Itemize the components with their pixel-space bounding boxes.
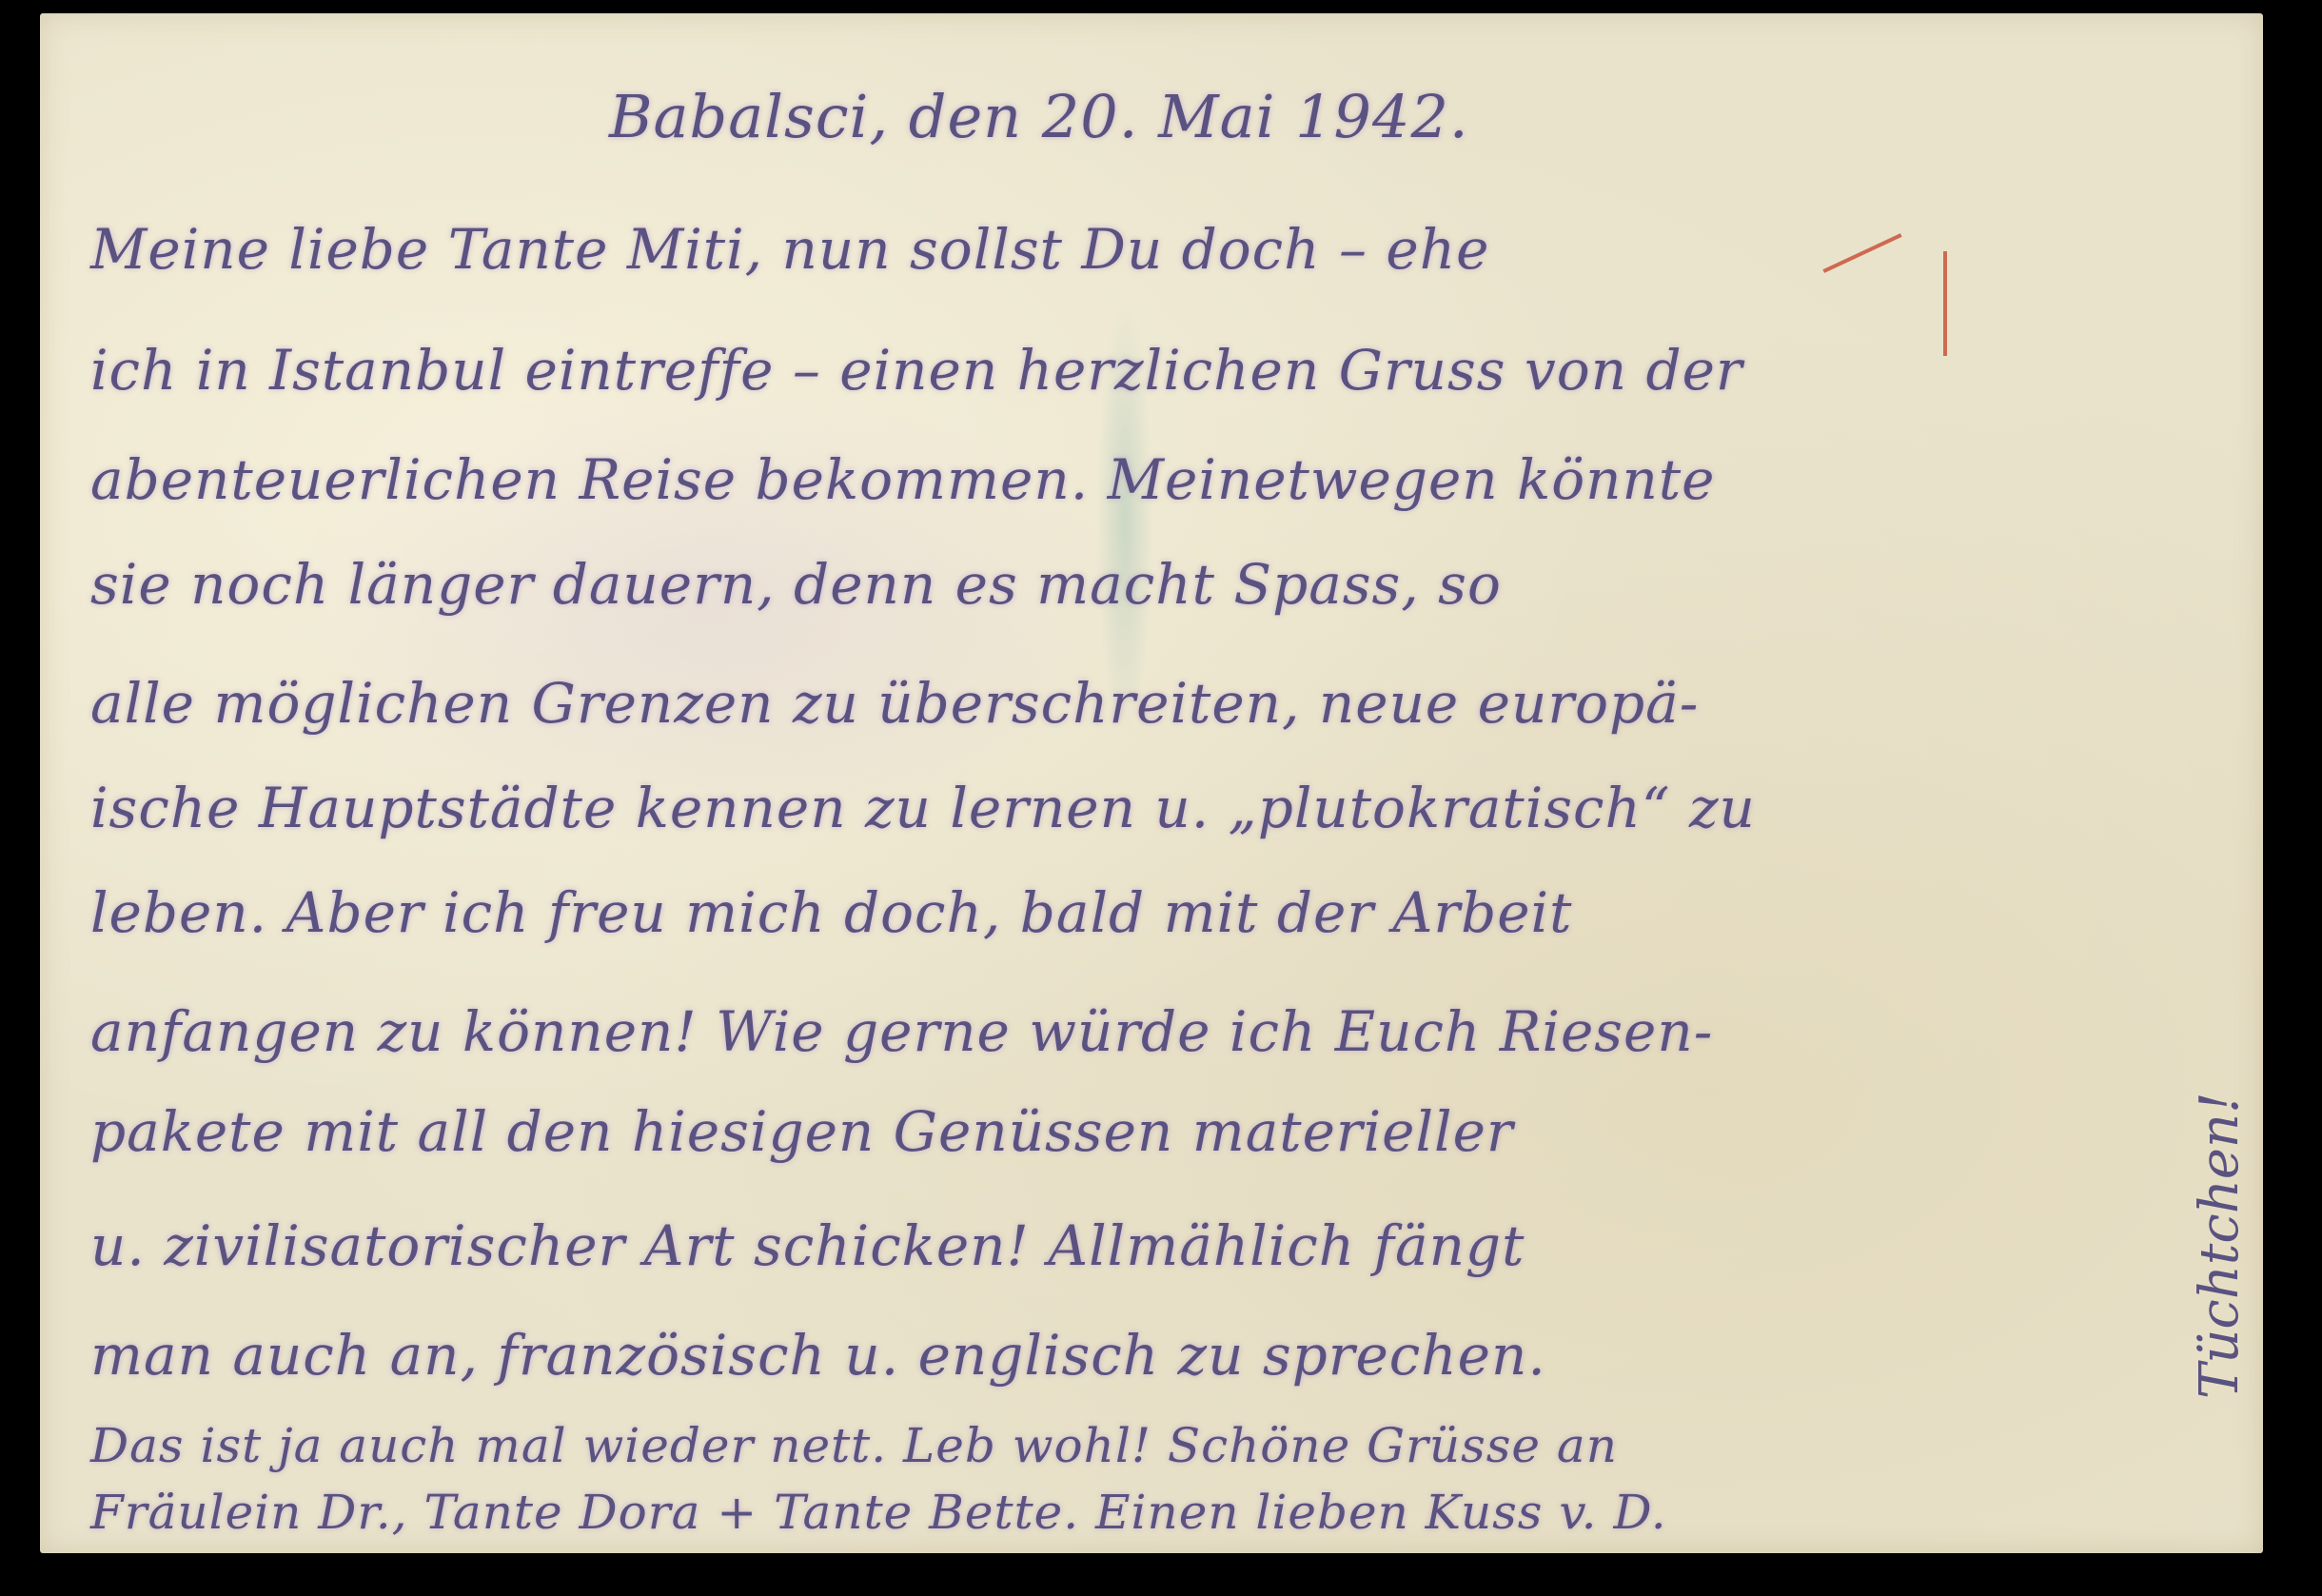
margin-signature: Tüchtchen!	[2189, 1093, 2251, 1400]
letter-line: Meine liebe Tante Miti, nun sollst Du do…	[90, 217, 1489, 282]
letter-line: leben. Aber ich freu mich doch, bald mit…	[90, 880, 1572, 945]
letter-line: alle möglichen Grenzen zu überschreiten,…	[90, 671, 1699, 736]
letter-line: Das ist ja auch mal wieder nett. Leb woh…	[90, 1418, 1618, 1473]
letter-line: abenteuerlichen Reise bekommen. Meinetwe…	[90, 447, 1715, 512]
letter-line: u. zivilisatorischer Art schicken! Allmä…	[90, 1213, 1525, 1278]
letter-line: man auch an, französisch u. englisch zu …	[90, 1323, 1546, 1388]
red-stamp-mark	[1943, 251, 1947, 356]
letter-line: pakete mit all den hiesigen Genüssen mat…	[90, 1099, 1514, 1164]
place-date-heading: Babalsci, den 20. Mai 1942.	[609, 82, 1469, 151]
letter-line: sie noch länger dauern, denn es macht Sp…	[90, 552, 1502, 617]
red-stamp-mark	[1822, 233, 1901, 273]
letter-line: Fräulein Dr., Tante Dora + Tante Bette. …	[90, 1485, 1667, 1540]
letter-line: anfangen zu können! Wie gerne würde ich …	[90, 999, 1713, 1064]
letter-line: ische Hauptstädte kennen zu lernen u. „p…	[90, 776, 1756, 840]
letter-line: ich in Istanbul eintreffe – einen herzli…	[90, 338, 1743, 403]
